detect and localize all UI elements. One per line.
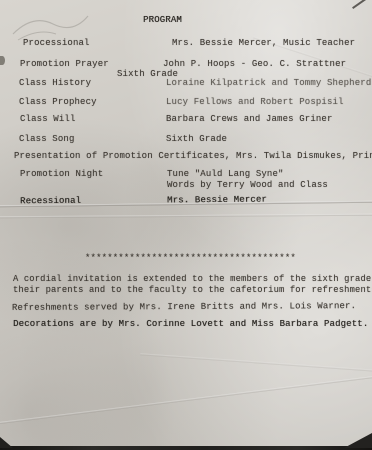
scan-edge — [0, 446, 372, 450]
invitation-line1: A cordial invitation is extended to the … — [13, 274, 372, 285]
scan-corner — [0, 437, 13, 448]
decorations-line: Decorations are by Mrs. Corinne Lovett a… — [13, 319, 368, 330]
paper-crease — [140, 353, 372, 372]
refreshments-line: Refreshments served by Mrs. Irene Britts… — [12, 301, 356, 314]
scanned-program-page: PROGRAM Processional Mrs. Bessie Mercer,… — [0, 0, 372, 450]
program-item-label: Promotion Prayer — [20, 59, 109, 70]
program-item-fullline: Presentation of Promotion Certificates, … — [14, 151, 372, 162]
program-item-value-line2: Words by Terry Wood and Class — [167, 180, 328, 191]
program-item-value: Tune "Auld Lang Syne" — [167, 169, 284, 180]
smudge-mark — [0, 56, 5, 65]
program-item-label: Class Song — [19, 134, 75, 145]
program-item-value: Lucy Fellows and Robert Pospisil — [166, 97, 344, 108]
program-item-label: Class Will — [20, 114, 76, 125]
page-title: PROGRAM — [143, 15, 182, 26]
program-item-value: John P. Hoops - Geo. C. Strattner — [163, 59, 346, 70]
program-item-value: Loraine Kilpatrick and Tommy Shepherd — [166, 78, 371, 89]
pen-mark — [352, 0, 368, 9]
paper-crease — [0, 214, 372, 219]
program-item-label: Class Prophecy — [19, 97, 97, 108]
paper-crease — [0, 372, 372, 425]
program-item-value: Sixth Grade — [166, 134, 227, 145]
program-item-label: Class History — [19, 78, 91, 89]
invitation-line2: their parents and to the faculty to the … — [13, 285, 372, 296]
program-item-label: Promotion Night — [20, 169, 103, 180]
scan-corner — [344, 433, 372, 448]
program-item-label: Recessional — [20, 196, 81, 207]
program-item-value: Mrs. Bessie Mercer, Music Teacher — [172, 38, 355, 49]
program-item-value: Mrs. Bessie Mercer — [167, 195, 267, 207]
program-item-value: Barbara Crews and James Griner — [166, 114, 333, 125]
asterisk-divider: ************************************** — [85, 253, 296, 264]
program-item-label: Processional — [23, 38, 90, 49]
